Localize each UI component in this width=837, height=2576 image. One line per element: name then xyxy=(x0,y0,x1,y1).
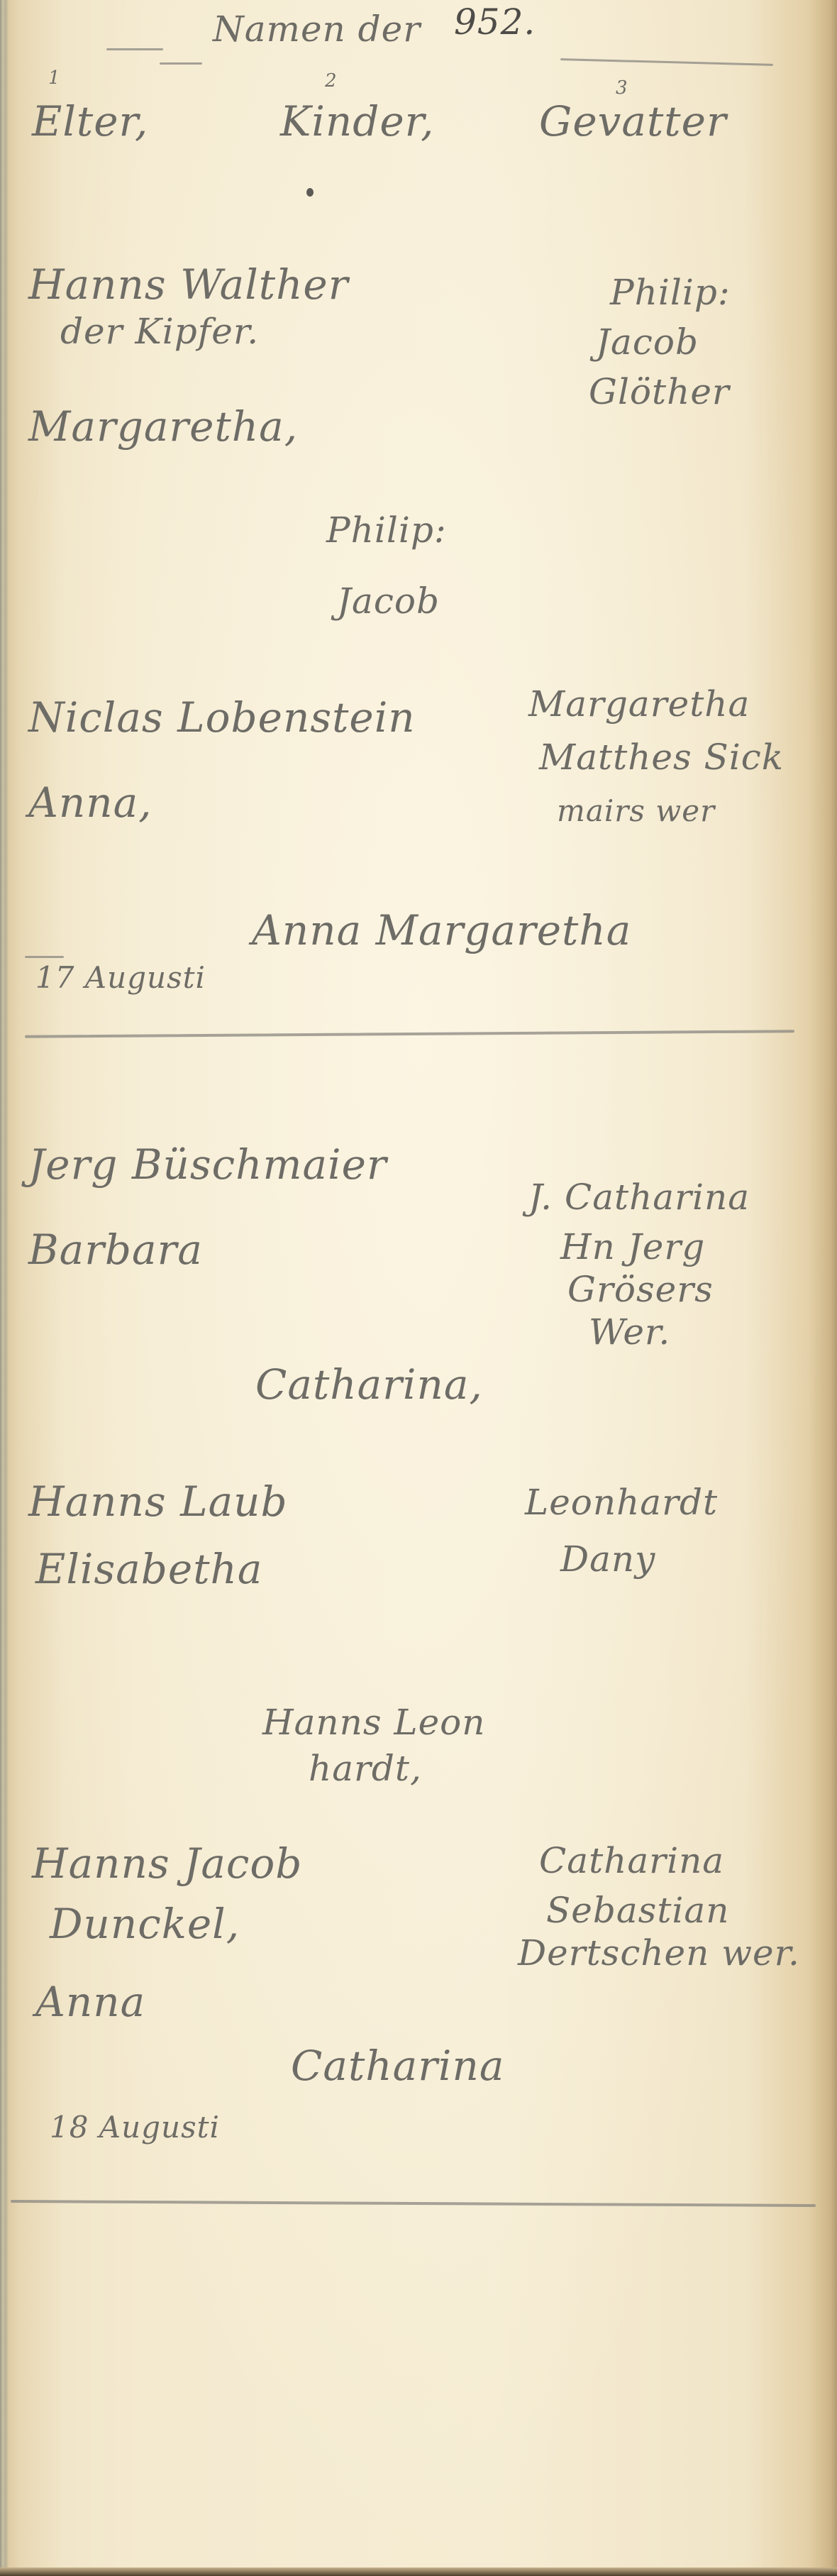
column-index-3: 3 xyxy=(616,78,628,99)
entry-4-father: Hanns Laub xyxy=(28,1480,288,1525)
column-header-kinder: Kinder, xyxy=(280,99,434,145)
entry-1-father-line-1: Hanns Walther xyxy=(28,263,348,308)
entry-1-father-line-2: der Kipfer. xyxy=(60,312,259,351)
entry-5-mother: Anna xyxy=(35,1980,145,2025)
section-divider-1 xyxy=(25,1030,794,1038)
entry-5-godparent-line-3: Dertschen wer. xyxy=(518,1934,800,1973)
entry-3-godparent-line-4: Wer. xyxy=(589,1313,670,1352)
header-rule-left xyxy=(106,48,163,50)
entry-5-father-line-2: Dunckel, xyxy=(50,1902,240,1947)
entry-1-godparent-line-1: Philip: xyxy=(610,273,731,312)
entry-4-child-line-1: Hanns Leon xyxy=(262,1703,485,1742)
entry-4-godparent-line-2: Dany xyxy=(560,1540,655,1579)
entry-4-mother: Elisabetha xyxy=(35,1547,262,1592)
entry-3-godparent-line-1: J. Catharina xyxy=(528,1178,750,1217)
entry-2-father: Niclas Lobenstein xyxy=(28,695,416,741)
entry-5-father-line-1: Hanns Jacob xyxy=(32,1842,302,1887)
entry-5-date: 18 Augusti xyxy=(50,2111,220,2144)
entry-3-mother: Barbara xyxy=(28,1228,203,1273)
entry-2-date: 17 Augusti xyxy=(35,962,206,994)
column-header-elter: Elter, xyxy=(32,99,148,145)
entry-4-godparent-line-1: Leonhardt xyxy=(525,1483,718,1522)
entry-2-mother: Anna, xyxy=(28,781,153,826)
column-index-2: 2 xyxy=(325,71,338,92)
entry-2-child: Anna Margaretha xyxy=(252,908,631,954)
date-rule-1 xyxy=(25,956,64,958)
entry-1-mother: Margaretha, xyxy=(28,404,298,450)
entry-3-child: Catharina, xyxy=(255,1363,483,1408)
section-divider-2 xyxy=(11,2200,816,2207)
header-rule-mid xyxy=(160,62,202,65)
entry-1-godparent-line-3: Glöther xyxy=(589,373,730,412)
header-rule-right xyxy=(560,58,773,66)
entry-5-child: Catharina xyxy=(291,2044,504,2089)
entry-2-godparent-line-3: mairs wer xyxy=(557,795,715,827)
entry-5-godparent-line-1: Catharina xyxy=(539,1842,724,1881)
manuscript-page: Namen der 952. 1 Elter, 2 Kinder, 3 Geva… xyxy=(0,0,837,2576)
header-title: Namen der xyxy=(213,10,421,49)
entry-3-godparent-line-3: Grösers xyxy=(567,1270,714,1309)
column-header-gevatter: Gevatter xyxy=(539,99,727,145)
entry-5-godparent-line-2: Sebastian xyxy=(546,1891,729,1930)
entry-2-godparent-line-1: Margaretha xyxy=(528,685,750,724)
entry-1-child-line-2: Jacob xyxy=(337,582,440,621)
entry-1-godparent-line-2: Jacob xyxy=(596,323,699,362)
entry-1-child-line-1: Philip: xyxy=(326,511,447,550)
column-index-1: 1 xyxy=(48,68,61,89)
entry-3-father: Jerg Büschmaier xyxy=(28,1143,387,1188)
entry-3-godparent-line-2: Hn Jerg xyxy=(560,1228,705,1267)
entry-2-godparent-line-2: Matthes Sick xyxy=(539,738,784,777)
entry-4-child-line-2: hardt, xyxy=(309,1749,422,1788)
page-number: 952. xyxy=(454,3,536,42)
ink-dot xyxy=(306,188,314,197)
